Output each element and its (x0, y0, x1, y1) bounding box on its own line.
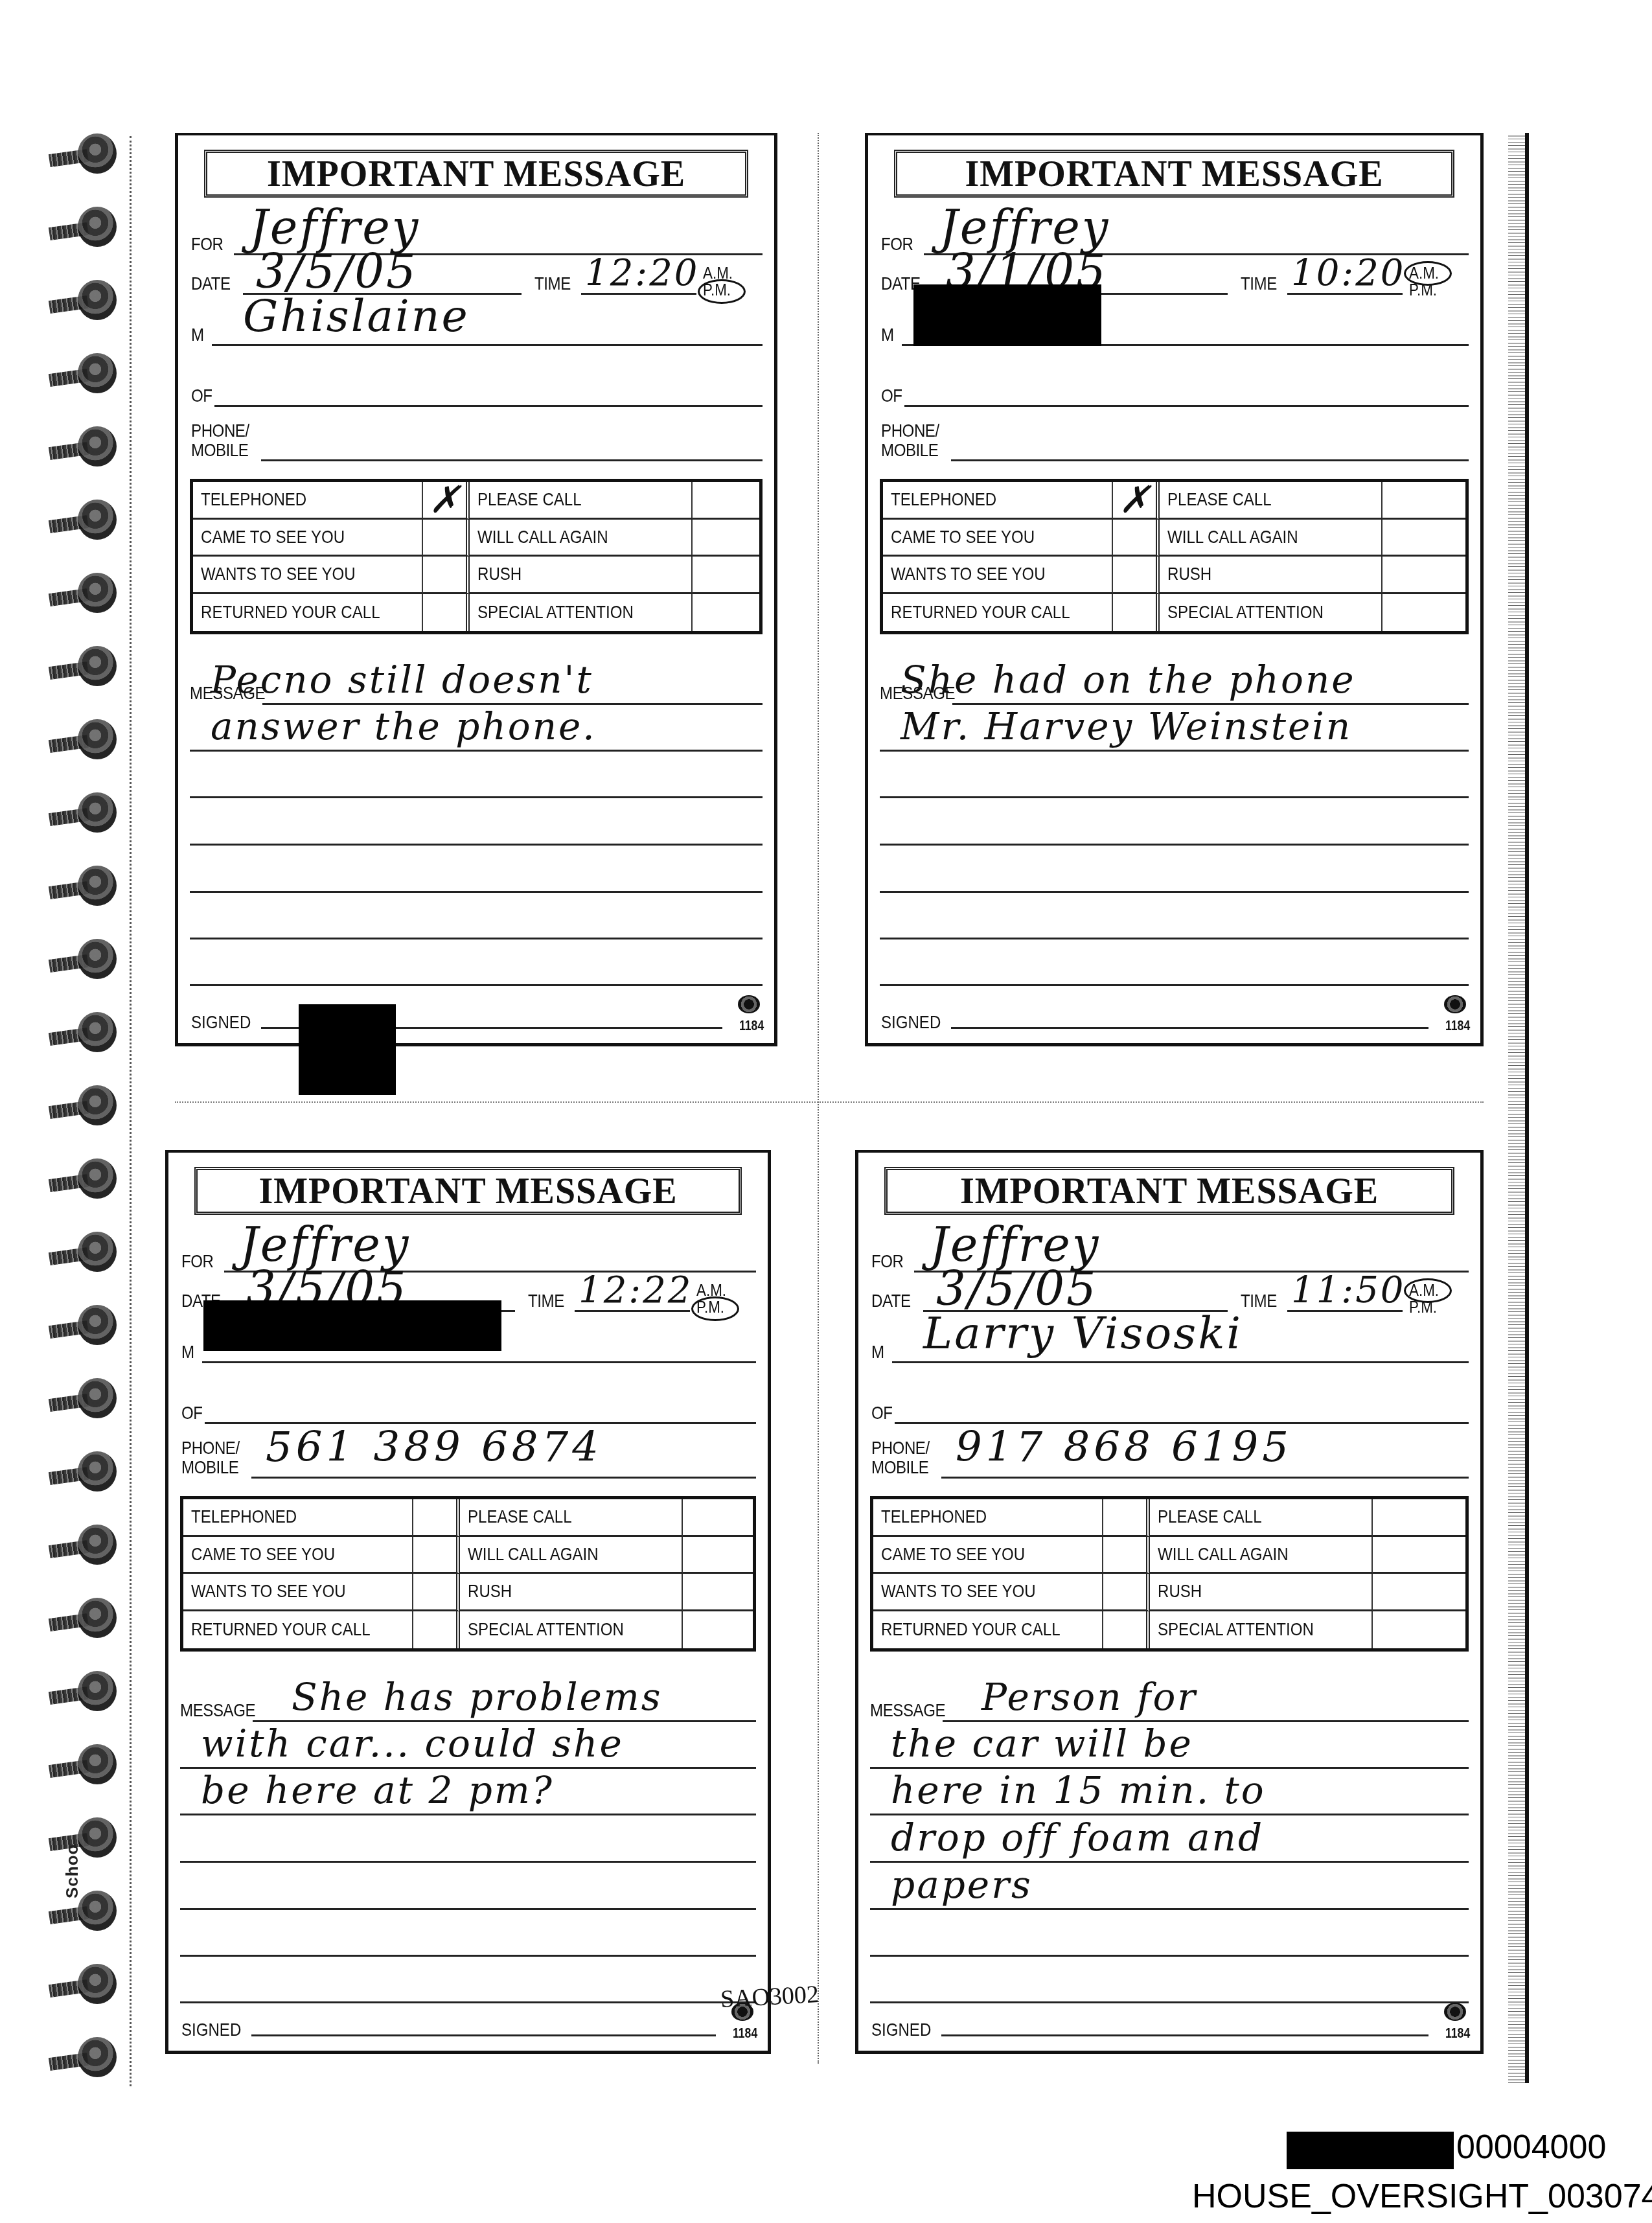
slip-title: IMPORTANT MESSAGE (204, 150, 748, 198)
checkbox-label-text: SPECIAL ATTENTION (468, 1619, 624, 1640)
checkbox-label: SPECIAL ATTENTION (1160, 594, 1382, 632)
binder-brand-text: Schoo (62, 1844, 82, 1898)
phone-line (951, 459, 1469, 461)
phone-label: PHONE/ (881, 420, 939, 441)
checkbox-label: CAME TO SEE YOU (873, 1537, 1103, 1574)
spiral-coil (45, 1667, 130, 1712)
mobile-label: MOBILE (871, 1457, 928, 1478)
checkbox-label: CAME TO SEE YOU (183, 1537, 413, 1574)
from-line (202, 1361, 756, 1363)
message-label: MESSAGE (870, 1700, 945, 1721)
checkbox-will-call-again[interactable] (693, 520, 759, 557)
checkbox-label: SPECIAL ATTENTION (1150, 1611, 1373, 1649)
phone-label: PHONE/ (191, 420, 249, 441)
checkbox-label: RETURNED YOUR CALL (193, 594, 423, 632)
phone-line (941, 1477, 1469, 1479)
document-stamp: SAO3002 (720, 1980, 820, 2014)
spiral-coil (45, 642, 130, 687)
checkbox-label: PLEASE CALL (470, 482, 693, 520)
checkbox-label: WANTS TO SEE YOU (883, 557, 1113, 594)
checkbox-came-to-see-you[interactable] (423, 520, 470, 557)
checkbox-rush[interactable] (693, 557, 759, 594)
checkbox-label-text: PLEASE CALL (1158, 1506, 1262, 1527)
phone-line (261, 459, 763, 461)
checkbox-label-text: RETURNED YOUR CALL (191, 1619, 371, 1640)
message-slip-bottom-right: IMPORTANT MESSAGE FOR Jeffrey DATE 3/5/0… (855, 1150, 1484, 2054)
checkbox-special-attention[interactable] (693, 594, 759, 632)
page-edge (1508, 133, 1529, 2083)
checkbox-returned-your-call[interactable] (413, 1611, 460, 1649)
time-label: TIME (1241, 273, 1277, 294)
checkbox-label: CAME TO SEE YOU (193, 520, 423, 557)
message-line-text: Mr. Harvey Weinstein (901, 704, 1352, 748)
message-line (880, 844, 1469, 846)
signed-line (251, 2034, 716, 2036)
checkbox-wants-to-see-you[interactable] (1113, 557, 1160, 594)
publisher-logo-icon (1444, 2003, 1466, 2021)
checkbox-label: WILL CALL AGAIN (460, 1537, 683, 1574)
checkbox-label: WANTS TO SEE YOU (183, 1574, 413, 1611)
message-line-text: Person for (981, 1675, 1197, 1719)
ampm-circle (691, 1296, 739, 1321)
spiral-coil (45, 276, 130, 321)
checkbox-returned-your-call[interactable] (1113, 594, 1160, 632)
checkbox-label-text: RUSH (468, 1581, 512, 1602)
time-label: TIME (528, 1291, 564, 1311)
ampm-circle (1404, 1278, 1452, 1303)
checkbox-label-text: SPECIAL ATTENTION (477, 602, 634, 623)
spiral-coil (45, 862, 130, 907)
checkbox-label-text: CAME TO SEE YOU (881, 1544, 1025, 1565)
publisher-logo-icon (738, 995, 760, 1013)
check-mark-icon: ✗ (429, 482, 461, 518)
redaction-box (299, 1004, 396, 1095)
checkbox-label-text: CAME TO SEE YOU (191, 1544, 335, 1565)
spiral-coil (45, 496, 130, 541)
for-label: FOR (181, 1251, 214, 1272)
checkbox-label: WILL CALL AGAIN (1150, 1537, 1373, 1574)
checkbox-label: TELEPHONED (193, 482, 423, 520)
spiral-coil (45, 1008, 130, 1054)
checkbox-label: PLEASE CALL (1160, 482, 1382, 520)
message-slip-bottom-left: IMPORTANT MESSAGE FOR Jeffrey DATE 3/5/0… (165, 1150, 771, 2054)
checkbox-will-call-again[interactable] (1373, 1537, 1465, 1574)
publisher-logo-icon (1444, 995, 1466, 1013)
spiral-coil (45, 203, 130, 248)
message-line (180, 1814, 756, 1815)
checkbox-label-text: SPECIAL ATTENTION (1158, 1619, 1314, 1640)
checkbox-telephoned[interactable] (413, 1499, 460, 1537)
checkbox-label: TELEPHONED (883, 482, 1113, 520)
checkbox-returned-your-call[interactable] (1103, 1611, 1150, 1649)
checkbox-label: WANTS TO SEE YOU (193, 557, 423, 594)
binding-perforation (130, 136, 132, 2086)
checkbox-label-text: WANTS TO SEE YOU (881, 1581, 1036, 1602)
message-line (180, 2001, 756, 2003)
checkbox-special-attention[interactable] (1382, 594, 1465, 632)
signed-label: SIGNED (191, 1012, 251, 1033)
checkbox-please-call[interactable] (683, 1499, 753, 1537)
checkbox-rush[interactable] (1373, 1574, 1465, 1611)
slip-title: IMPORTANT MESSAGE (884, 1167, 1454, 1215)
date-label: DATE (191, 273, 231, 294)
message-line (190, 844, 763, 846)
checkbox-label-text: RETURNED YOUR CALL (891, 602, 1070, 623)
message-line-text: drop off foam and (891, 1815, 1264, 1860)
message-line (190, 984, 763, 986)
checkbox-label-text: RUSH (1167, 564, 1211, 584)
checkbox-label: TELEPHONED (873, 1499, 1103, 1537)
checkbox-please-call[interactable] (1373, 1499, 1465, 1537)
message-line-text: She had on the phone (901, 658, 1356, 702)
check-mark-icon: ✗ (1119, 482, 1151, 518)
from-label: M (191, 325, 204, 345)
spiral-coil (45, 349, 130, 395)
checkbox-label: SPECIAL ATTENTION (460, 1611, 683, 1649)
checkbox-came-to-see-you[interactable] (1113, 520, 1160, 557)
signed-label: SIGNED (181, 2020, 241, 2040)
checkbox-wants-to-see-you[interactable] (423, 557, 470, 594)
mobile-label: MOBILE (191, 440, 248, 461)
message-line-text: here in 15 min. to (891, 1768, 1266, 1812)
signed-label: SIGNED (871, 2020, 931, 2040)
message-line (190, 891, 763, 893)
checkbox-label: SPECIAL ATTENTION (470, 594, 693, 632)
checkbox-wants-to-see-you[interactable] (1103, 1574, 1150, 1611)
redaction-box (203, 1300, 501, 1351)
message-line-text: the car will be (891, 1722, 1193, 1766)
checkbox-label-text: WANTS TO SEE YOU (191, 1581, 346, 1602)
checkbox-label-text: SPECIAL ATTENTION (1167, 602, 1324, 623)
checkbox-label-text: WANTS TO SEE YOU (201, 564, 356, 584)
checkbox-label-text: TELEPHONED (191, 1506, 297, 1527)
checkbox-label-text: PLEASE CALL (468, 1506, 572, 1527)
message-line-text: be here at 2 pm? (201, 1768, 554, 1812)
phone-value: 561 389 6874 (266, 1423, 602, 1471)
checkbox-label-text: WILL CALL AGAIN (1158, 1544, 1289, 1565)
spiral-coil (45, 1887, 130, 1932)
slip-title: IMPORTANT MESSAGE (194, 1167, 742, 1215)
phone-label: PHONE/ (871, 1438, 930, 1458)
from-label: M (881, 325, 894, 345)
checkbox-returned-your-call[interactable] (423, 594, 470, 632)
checkbox-will-call-again[interactable] (683, 1537, 753, 1574)
message-line-text: Pecno still doesn't (211, 658, 593, 702)
checkbox-came-to-see-you[interactable] (413, 1537, 460, 1574)
checkbox-came-to-see-you[interactable] (1103, 1537, 1150, 1574)
spiral-coil (45, 1081, 130, 1127)
time-label: TIME (1241, 1291, 1277, 1311)
checkbox-grid: TELEPHONED✗PLEASE CALLCAME TO SEE YOUWIL… (190, 479, 763, 634)
signed-line (941, 2034, 1428, 2036)
message-line (870, 1908, 1469, 1910)
for-label: FOR (871, 1251, 904, 1272)
spiral-coil (45, 569, 130, 614)
spiral-coil (45, 422, 130, 468)
checkbox-label: CAME TO SEE YOU (883, 520, 1113, 557)
from-label: M (181, 1342, 194, 1363)
checkbox-label-text: RUSH (1158, 1581, 1202, 1602)
spiral-coil (45, 715, 130, 761)
spiral-coil (45, 1594, 130, 1639)
of-label: OF (881, 386, 902, 406)
checkbox-label: WILL CALL AGAIN (470, 520, 693, 557)
from-line (892, 1361, 1469, 1363)
message-line (180, 1908, 756, 1910)
message-line (180, 1861, 756, 1863)
checkbox-label-text: WILL CALL AGAIN (477, 527, 608, 547)
checkbox-label-text: TELEPHONED (201, 489, 306, 510)
message-line (870, 2001, 1469, 2003)
message-line (880, 938, 1469, 939)
message-line-text: answer the phone. (211, 704, 597, 748)
checkbox-label-text: TELEPHONED (881, 1506, 987, 1527)
spiral-coil (45, 1814, 130, 1859)
spiral-coil (45, 1374, 130, 1420)
mobile-label: MOBILE (881, 440, 938, 461)
checkbox-rush[interactable] (683, 1574, 753, 1611)
ampm-circle (698, 279, 746, 304)
spiral-coil (45, 1155, 130, 1200)
message-line (190, 796, 763, 798)
message-line (190, 750, 763, 752)
spiral-coil (45, 1521, 130, 1566)
signed-line (951, 1027, 1428, 1029)
checkbox-label: RUSH (470, 557, 693, 594)
message-line (870, 1955, 1469, 1957)
checkbox-rush[interactable] (1382, 557, 1465, 594)
spiral-coil (45, 130, 130, 175)
checkbox-label-text: CAME TO SEE YOU (201, 527, 345, 547)
checkbox-telephoned[interactable]: ✗ (1113, 482, 1160, 520)
checkbox-label-text: WILL CALL AGAIN (468, 1544, 599, 1565)
message-line (880, 984, 1469, 986)
slip-title: IMPORTANT MESSAGE (894, 150, 1454, 198)
spiral-binding (45, 130, 130, 2099)
form-number: 1184 (1445, 2025, 1470, 2042)
checkbox-label: TELEPHONED (183, 1499, 413, 1537)
checkbox-label: RUSH (460, 1574, 683, 1611)
from-label: M (871, 1342, 884, 1363)
checkbox-label: RETURNED YOUR CALL (883, 594, 1113, 632)
checkbox-please-call[interactable] (693, 482, 759, 520)
phone-value: 917 868 6195 (956, 1423, 1292, 1471)
checkbox-label-text: RETURNED YOUR CALL (881, 1619, 1061, 1640)
time-value: 11:50 (1291, 1269, 1405, 1311)
redaction-box (1287, 2132, 1454, 2169)
of-label: OF (871, 1403, 893, 1423)
from-line (212, 344, 763, 346)
bates-number: HOUSE_OVERSIGHT_003074 (1192, 2177, 1652, 2216)
checkbox-label-text: TELEPHONED (891, 489, 996, 510)
message-label: MESSAGE (180, 1700, 255, 1721)
spiral-coil (45, 1301, 130, 1346)
for-label: FOR (881, 234, 913, 255)
message-slip-top-right: IMPORTANT MESSAGE FOR Jeffrey DATE 3/1/0… (865, 133, 1484, 1046)
of-label: OF (191, 386, 212, 406)
checkbox-label-text: CAME TO SEE YOU (891, 527, 1035, 547)
checkbox-label: RETURNED YOUR CALL (873, 1611, 1103, 1649)
checkbox-label-text: RETURNED YOUR CALL (201, 602, 380, 623)
of-label: OF (181, 1403, 203, 1423)
spiral-coil (45, 1447, 130, 1493)
checkbox-label: WILL CALL AGAIN (1160, 520, 1382, 557)
time-value: 10:20 (1291, 252, 1405, 294)
checkbox-label: WANTS TO SEE YOU (873, 1574, 1103, 1611)
from-value: Ghislaine (243, 291, 470, 342)
of-line (214, 405, 763, 407)
spiral-coil (45, 1228, 130, 1273)
checkbox-label-text: PLEASE CALL (1167, 489, 1272, 510)
checkbox-label-text: WANTS TO SEE YOU (891, 564, 1046, 584)
message-line-text: papers (891, 1863, 1033, 1907)
mobile-label: MOBILE (181, 1457, 238, 1478)
checkbox-label-text: RUSH (477, 564, 522, 584)
checkbox-telephoned[interactable]: ✗ (423, 482, 470, 520)
checkbox-grid: TELEPHONED✗PLEASE CALLCAME TO SEE YOUWIL… (880, 479, 1469, 634)
ampm-circle (1404, 261, 1452, 286)
spiral-coil (45, 1960, 130, 2005)
checkbox-grid: TELEPHONEDPLEASE CALLCAME TO SEE YOUWILL… (180, 1496, 756, 1652)
redaction-box (913, 284, 1101, 346)
phone-label: PHONE/ (181, 1438, 240, 1458)
message-line (880, 750, 1469, 752)
of-line (904, 405, 1469, 407)
checkbox-label-text: PLEASE CALL (477, 489, 582, 510)
spiral-coil (45, 2033, 130, 2079)
checkbox-special-attention[interactable] (683, 1611, 753, 1649)
checkbox-label: RETURNED YOUR CALL (183, 1611, 413, 1649)
time-value: 12:22 (579, 1269, 693, 1311)
spiral-coil (45, 789, 130, 834)
checkbox-label: PLEASE CALL (1150, 1499, 1373, 1537)
date-label: DATE (871, 1291, 911, 1311)
checkbox-special-attention[interactable] (1373, 1611, 1465, 1649)
checkbox-please-call[interactable] (1382, 482, 1465, 520)
message-line (880, 891, 1469, 893)
checkbox-will-call-again[interactable] (1382, 520, 1465, 557)
signed-label: SIGNED (881, 1012, 941, 1033)
form-number: 1184 (1445, 1017, 1470, 1034)
message-line-text: with car... could she (201, 1722, 624, 1766)
checkbox-grid: TELEPHONEDPLEASE CALLCAME TO SEE YOUWILL… (870, 1496, 1469, 1652)
time-label: TIME (534, 273, 571, 294)
form-number: 1184 (733, 2025, 757, 2042)
time-value: 12:20 (585, 252, 699, 294)
checkbox-wants-to-see-you[interactable] (413, 1574, 460, 1611)
checkbox-label: RUSH (1150, 1574, 1373, 1611)
form-number: 1184 (739, 1017, 764, 1034)
message-slip-top-left: IMPORTANT MESSAGE FOR Jeffrey DATE 3/5/0… (175, 133, 777, 1046)
phone-line (251, 1477, 756, 1479)
control-number: 00004000 (1456, 2128, 1606, 2167)
horizontal-cut-line (175, 1101, 1484, 1103)
checkbox-telephoned[interactable] (1103, 1499, 1150, 1537)
spiral-coil (45, 935, 130, 980)
message-line-text: She has problems (292, 1675, 663, 1719)
message-line (880, 796, 1469, 798)
from-value: Larry Visoski (923, 1308, 1243, 1359)
spiral-coil (45, 1740, 130, 1786)
message-line (190, 938, 763, 939)
message-line (180, 1955, 756, 1957)
checkbox-label: RUSH (1160, 557, 1382, 594)
vertical-cut-line (818, 133, 819, 2064)
checkbox-label: PLEASE CALL (460, 1499, 683, 1537)
checkbox-label-text: WILL CALL AGAIN (1167, 527, 1298, 547)
for-label: FOR (191, 234, 224, 255)
